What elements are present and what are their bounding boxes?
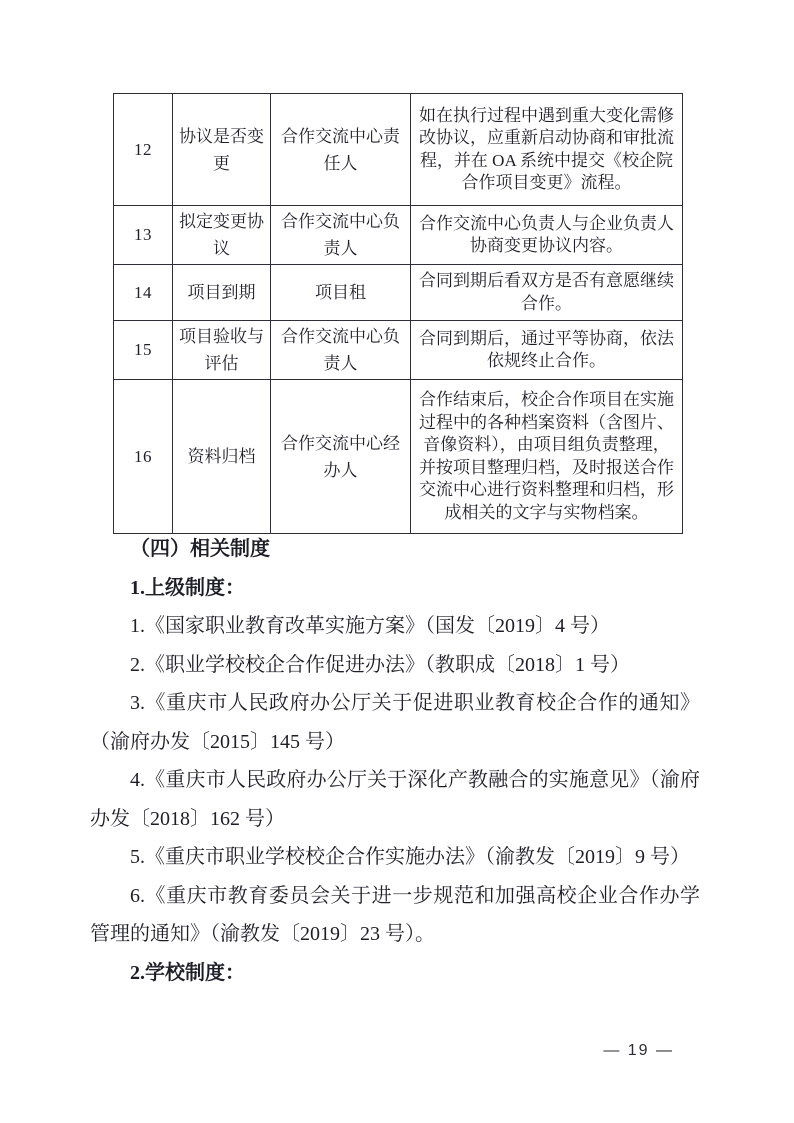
row-number: 12 xyxy=(114,94,173,206)
policy-item: 6.《重庆市教育委员会关于进一步规范和加强高校企业合作办学管理的通知》（渝教发〔… xyxy=(90,877,700,954)
row-number: 14 xyxy=(114,265,173,321)
row-description: 如在执行过程中遇到重大变化需修改协议，应重新启动协商和审批流程，并在 OA 系统… xyxy=(411,94,683,206)
related-policies-section: （四）相关制度 1.上级制度： 1.《国家职业教育改革实施方案》（国发〔2019… xyxy=(90,530,700,992)
table-row: 12 协议是否变更 合作交流中心责任人 如在执行过程中遇到重大变化需修改协议，应… xyxy=(114,94,683,206)
row-item: 项目到期 xyxy=(173,265,271,321)
policy-item: 5.《重庆市职业学校校企合作实施办法》（渝教发〔2019〕9 号） xyxy=(90,838,700,877)
row-owner: 项目租 xyxy=(271,265,411,321)
section-heading: （四）相关制度 xyxy=(90,530,700,569)
table-row: 15 项目验收与评估 合作交流中心负责人 合同到期后，通过平等协商，依法依规终止… xyxy=(114,321,683,380)
row-item: 协议是否变更 xyxy=(173,94,271,206)
row-item: 资料归档 xyxy=(173,380,271,534)
row-description: 合作交流中心负责人与企业负责人协商变更协议内容。 xyxy=(411,206,683,265)
table-row: 16 资料归档 合作交流中心经办人 合作结束后，校企合作项目在实施过程中的各种档… xyxy=(114,380,683,534)
row-number: 13 xyxy=(114,206,173,265)
page-number: — 19 — xyxy=(603,1042,674,1060)
process-table: 12 协议是否变更 合作交流中心责任人 如在执行过程中遇到重大变化需修改协议，应… xyxy=(113,93,683,534)
policy-item: 1.《国家职业教育改革实施方案》（国发〔2019〕4 号） xyxy=(90,607,700,646)
sub-heading-superior: 1.上级制度： xyxy=(90,569,700,608)
policy-item: 4.《重庆市人民政府办公厅关于深化产教融合的实施意见》（渝府办发〔2018〕16… xyxy=(90,761,700,838)
sub-heading-school: 2.学校制度： xyxy=(90,954,700,993)
row-owner: 合作交流中心负责人 xyxy=(271,321,411,380)
row-owner: 合作交流中心责任人 xyxy=(271,94,411,206)
table-row: 13 拟定变更协议 合作交流中心负责人 合作交流中心负责人与企业负责人协商变更协… xyxy=(114,206,683,265)
row-item: 拟定变更协议 xyxy=(173,206,271,265)
table-row: 14 项目到期 项目租 合同到期后看双方是否有意愿继续合作。 xyxy=(114,265,683,321)
row-number: 15 xyxy=(114,321,173,380)
policy-item: 2.《职业学校校企合作促进办法》（教职成〔2018〕1 号） xyxy=(90,646,700,685)
row-description: 合同到期后看双方是否有意愿继续合作。 xyxy=(411,265,683,321)
row-item: 项目验收与评估 xyxy=(173,321,271,380)
row-owner: 合作交流中心经办人 xyxy=(271,380,411,534)
row-owner: 合作交流中心负责人 xyxy=(271,206,411,265)
policy-item: 3.《重庆市人民政府办公厅关于促进职业教育校企合作的通知》（渝府办发〔2015〕… xyxy=(90,684,700,761)
row-description: 合作结束后，校企合作项目在实施过程中的各种档案资料（含图片、音像资料），由项目组… xyxy=(411,380,683,534)
document-page: 12 协议是否变更 合作交流中心责任人 如在执行过程中遇到重大变化需修改协议，应… xyxy=(0,0,794,1123)
row-description: 合同到期后，通过平等协商，依法依规终止合作。 xyxy=(411,321,683,380)
row-number: 16 xyxy=(114,380,173,534)
